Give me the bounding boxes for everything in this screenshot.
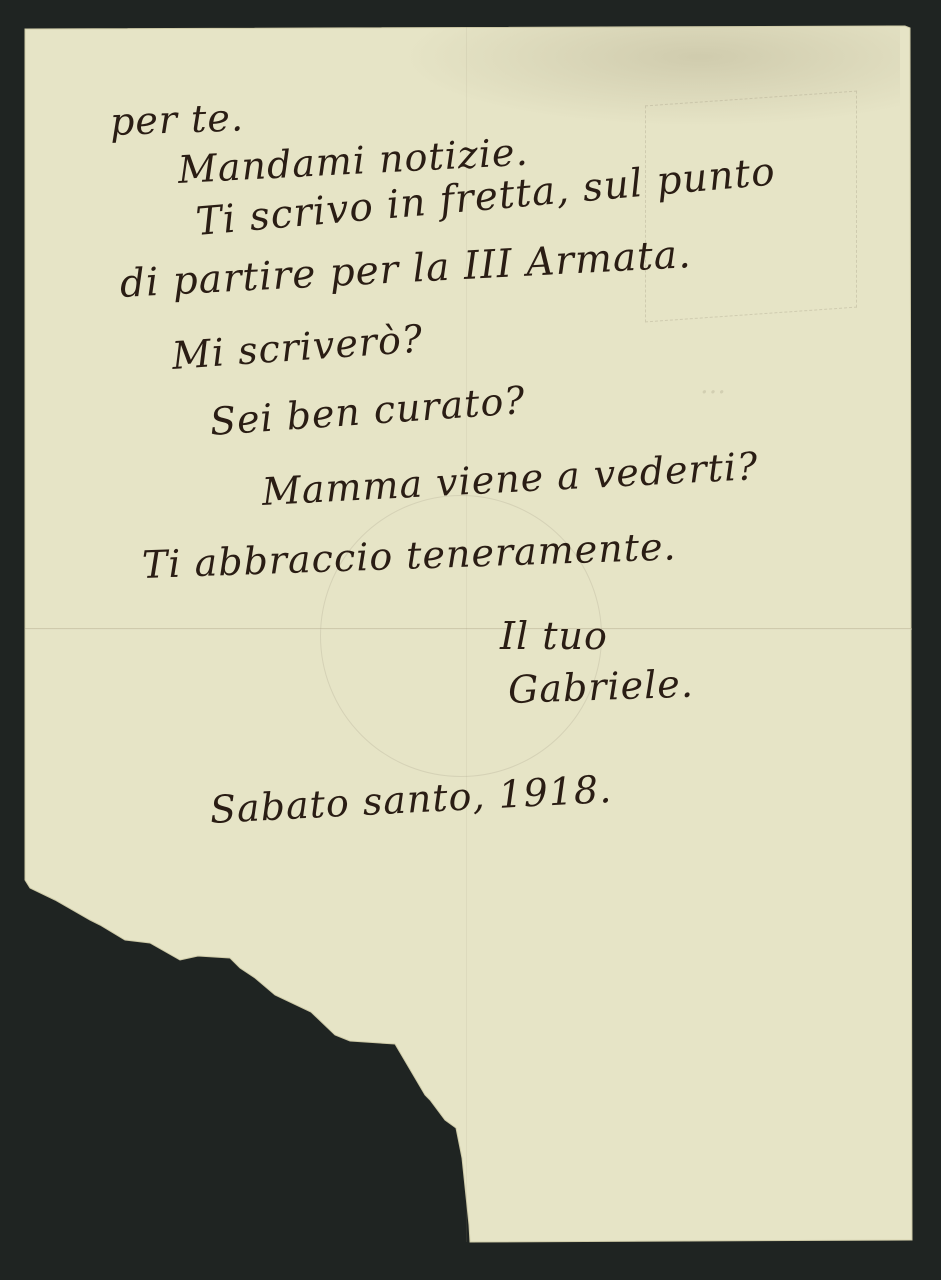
- faded-stamp: [645, 91, 857, 323]
- signature: Gabriele.: [507, 662, 694, 712]
- bleed-through-text: …: [700, 370, 726, 400]
- fold-crease: [25, 628, 912, 630]
- closing: Il tuo: [500, 614, 608, 658]
- text-line-1: per te.: [109, 95, 244, 144]
- letter-sheet: … per te. Mandami notizie. Ti scrivo in …: [0, 0, 941, 1280]
